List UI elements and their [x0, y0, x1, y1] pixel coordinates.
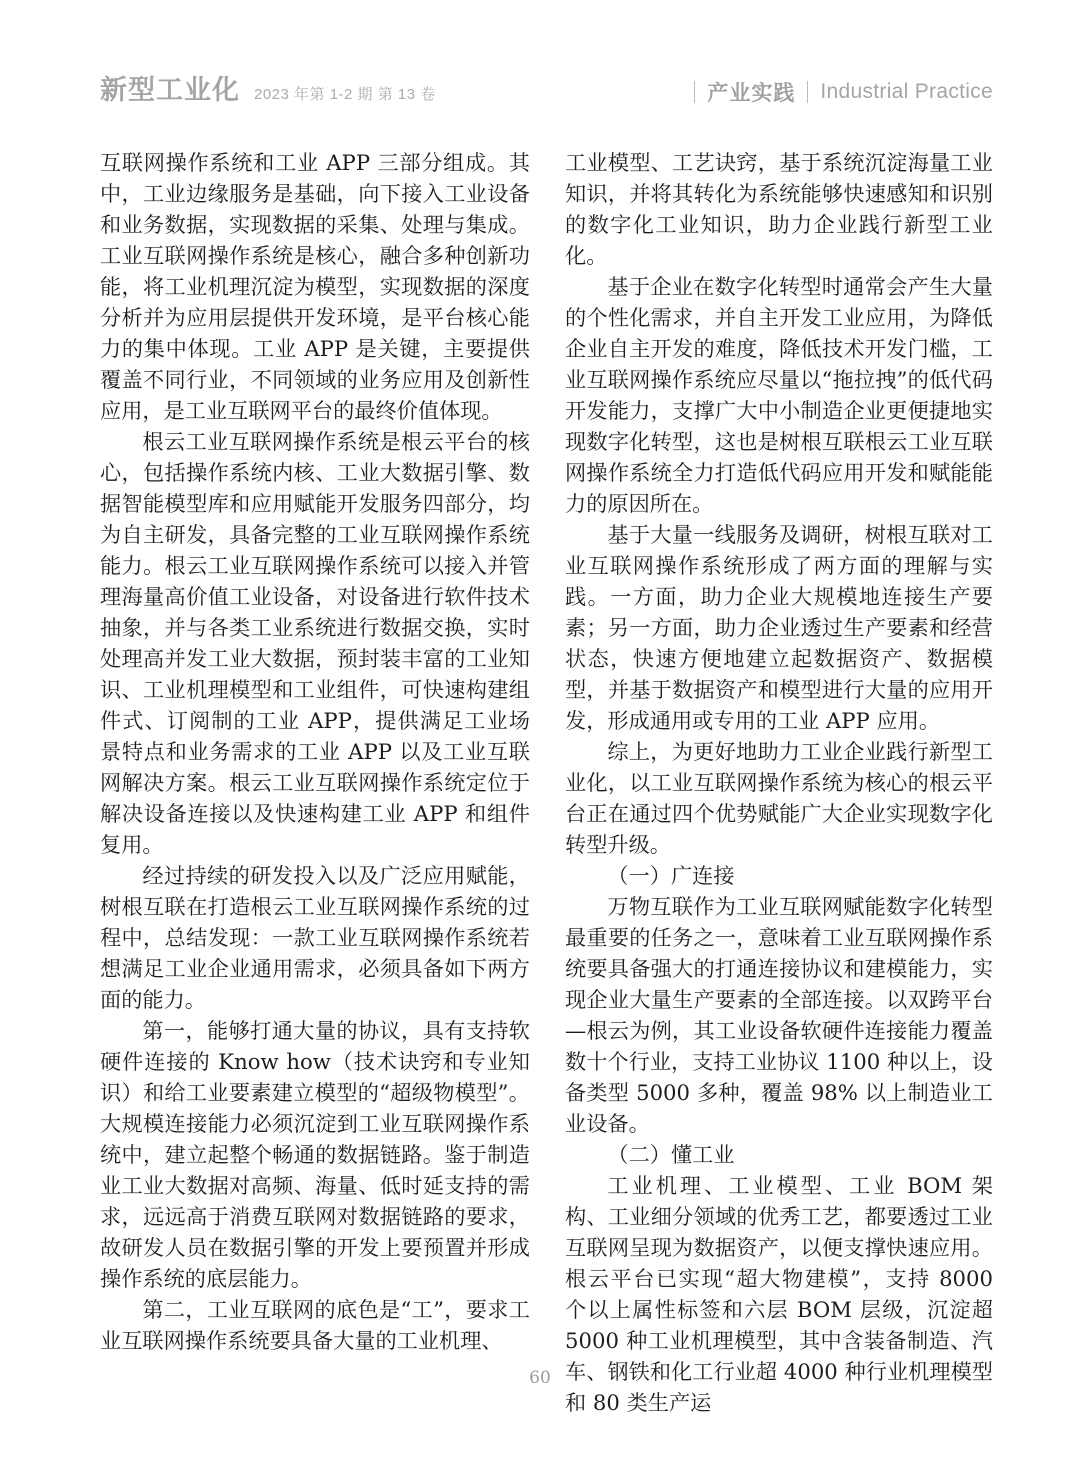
paragraph: 综上，为更好地助力工业企业践行新型工业化，以工业互联网操作系统为核心的根云平台正…: [565, 736, 993, 860]
left-column: 互联网操作系统和工业 APP 三部分组成。其中，工业边缘服务是基础，向下接入工业…: [100, 147, 530, 1418]
paragraph: 经过持续的研发投入以及广泛应用赋能，树根互联在打造根云工业互联网操作系统的过程中…: [100, 860, 530, 1015]
paragraph: 基于大量一线服务及调研，树根互联对工业互联网操作系统形成了两方面的理解与实践。一…: [565, 519, 993, 736]
separator-bar: [807, 81, 808, 103]
page-header: 新型工业化 2023 年第 1-2 期 第 13 卷 产业实践 Industri…: [100, 68, 993, 107]
journal-issue-info: 2023 年第 1-2 期 第 13 卷: [254, 83, 436, 104]
section-header: 产业实践 Industrial Practice: [694, 77, 993, 107]
subsection-heading: （一）广连接: [565, 860, 993, 891]
right-column: 工业模型、工艺诀窍，基于系统沉淀海量工业知识，并将其转化为系统能够快速感知和识别…: [565, 147, 993, 1418]
subsection-heading: （二）懂工业: [565, 1139, 993, 1170]
separator-bar: [694, 81, 695, 103]
journal-title: 新型工业化: [100, 68, 240, 107]
section-title-en: Industrial Practice: [820, 80, 993, 104]
journal-brand-group: 新型工业化 2023 年第 1-2 期 第 13 卷: [100, 68, 436, 107]
paragraph: 第二，工业互联网的底色是“工”，要求工业互联网操作系统要具备大量的工业机理、: [100, 1294, 530, 1356]
paragraph: 万物互联作为工业互联网赋能数字化转型最重要的任务之一，意味着工业互联网操作系统要…: [565, 891, 993, 1139]
paragraph: 工业模型、工艺诀窍，基于系统沉淀海量工业知识，并将其转化为系统能够快速感知和识别…: [565, 147, 993, 271]
paragraph: 基于企业在数字化转型时通常会产生大量的个性化需求，并自主开发工业应用，为降低企业…: [565, 271, 993, 519]
journal-page: 新型工业化 2023 年第 1-2 期 第 13 卷 产业实践 Industri…: [0, 0, 1080, 1466]
paragraph: 互联网操作系统和工业 APP 三部分组成。其中，工业边缘服务是基础，向下接入工业…: [100, 147, 530, 426]
article-body: 互联网操作系统和工业 APP 三部分组成。其中，工业边缘服务是基础，向下接入工业…: [100, 147, 993, 1418]
paragraph: 第一，能够打通大量的协议，具有支持软硬件连接的 Know how（技术诀窍和专业…: [100, 1015, 530, 1294]
section-title-cn: 产业实践: [707, 77, 795, 107]
page-footer: 60: [0, 1368, 1080, 1388]
paragraph: 根云工业互联网操作系统是根云平台的核心，包括操作系统内核、工业大数据引擎、数据智…: [100, 426, 530, 860]
page-number: 60: [529, 1368, 551, 1388]
